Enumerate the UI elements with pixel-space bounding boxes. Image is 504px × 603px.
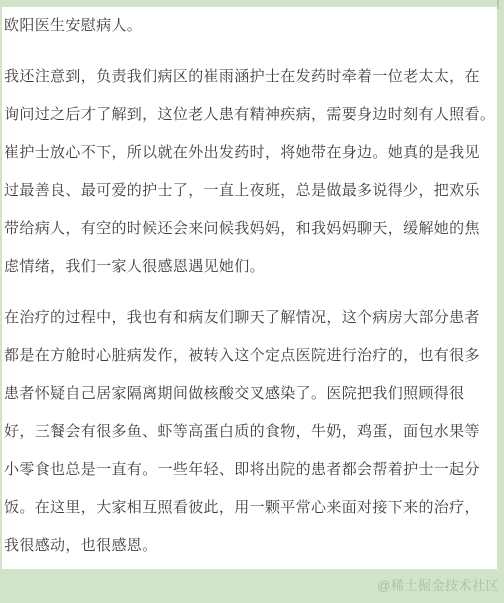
scrollbar-remnant-tick	[497, 0, 499, 9]
paragraph-2: 我还注意到，负责我们病区的崔雨涵护士在发药时牵着一位老太太，在 询问过之后才了解…	[4, 58, 497, 286]
paragraph-1: 欧阳医生安慰病人。	[4, 7, 497, 45]
watermark: @稀土掘金技术社区	[377, 575, 499, 594]
article-body: 欧阳医生安慰病人。 我还注意到，负责我们病区的崔雨涵护士在发药时牵着一位老太太，…	[2, 7, 497, 569]
paragraph-3: 在治疗的过程中，我也有和病友们聊天了解情况，这个病房大部分患者 都是在方舱时心脏…	[4, 299, 497, 565]
page-background: 欧阳医生安慰病人。 我还注意到，负责我们病区的崔雨涵护士在发药时牵着一位老太太，…	[0, 0, 504, 603]
